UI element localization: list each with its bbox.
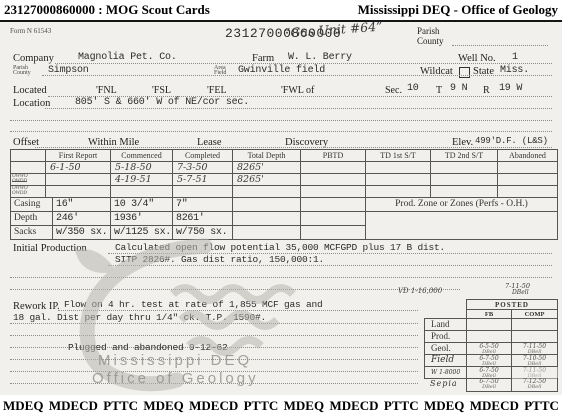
history-row2-total-depth: 8265' [233, 174, 301, 186]
footer-item: MDEQ [143, 398, 183, 414]
township-value: 9 N [450, 83, 467, 94]
ip-rule-2 [108, 265, 552, 266]
footer-item: PTTC [384, 398, 419, 414]
history-row2-first-report [46, 174, 111, 186]
casing-v3: 7" [173, 198, 233, 212]
history-header-completed: Completed [173, 150, 233, 162]
footer-item: PTTC [103, 398, 138, 414]
depth-v3: 8261' [173, 212, 233, 226]
location-value: 805' S & 660' W of NE/cor sec. [75, 97, 249, 108]
history-row1-first-report: 6-1-50 [46, 162, 111, 174]
history-row1-commenced: 5-18-50 [111, 162, 173, 174]
parish-county-label-line2: County [13, 70, 31, 76]
farm-value: W. L. Berry [288, 52, 352, 63]
footer-item: MDECD [329, 398, 378, 414]
well-no-value: 1 [512, 52, 518, 63]
history-row2-pbtd [301, 174, 366, 186]
fwl-label: 'FWL of [281, 85, 314, 96]
casing-table: Casing 16" 10 3/4" 7" Prod. Zone or Zone… [10, 197, 558, 240]
history-header-pbtd: PBTD [301, 150, 366, 162]
form-number: Form N 61543 [10, 27, 51, 35]
history-header-total-depth: Total Depth [233, 150, 301, 162]
history-row1-label [11, 162, 46, 174]
footer-item: MDEQ [424, 398, 464, 414]
depth-v1: 246' [53, 212, 111, 226]
sacks-v2: w/1125 sx. [111, 226, 173, 240]
prod-zone-cell: Prod. Zone or Zones (Perfs - O.H.) [366, 198, 558, 240]
county-word: County [417, 36, 444, 46]
history-row1-td2 [431, 162, 498, 174]
sacks-empty2 [301, 226, 366, 240]
posted-initials-annotation: DBell [512, 289, 529, 296]
rework-label: Rework IP. [13, 301, 60, 312]
history-row1-td1 [366, 162, 431, 174]
scout-card-scan: Form N 61543 23127000860000 “Gas Unit #6… [0, 22, 562, 396]
company-row-rule [55, 63, 552, 64]
blank-rule-1 [10, 120, 552, 121]
history-row2-completed: 5-7-51 [173, 174, 233, 186]
history-row2-td1 [366, 174, 431, 186]
posted-sepia-comp-init: DBell [512, 385, 557, 390]
history-header-blank [11, 150, 46, 162]
sec-label: Sec. [385, 85, 402, 96]
history-row2-abandoned [498, 174, 558, 186]
page-footer: MDEQ MDECD PTTC MDEQ MDECD PTTC MDEQ MDE… [0, 395, 562, 416]
history-row1-total-depth: 8265' [233, 162, 301, 174]
posted-row-sepia-label: Sepia [424, 378, 467, 392]
casing-label: Casing [11, 198, 53, 212]
rework-rule-7 [10, 383, 418, 384]
watermark-line1: Mississippi DEQ [98, 352, 252, 369]
casing-empty1 [233, 198, 301, 212]
history-row1-abandoned [498, 162, 558, 174]
well-history-table: First Report Commenced Completed Total D… [10, 149, 558, 198]
fel-label: 'FEL [207, 85, 227, 96]
sec-value: 10 [407, 83, 419, 94]
footer-item: MDECD [49, 398, 98, 414]
agency-title: Mississippi DEQ - Office of Geology [358, 2, 558, 18]
parish-row-rule [42, 75, 552, 76]
posted-row-sepia-fb: 6-7-50DBell [466, 378, 512, 392]
history-row2-td2 [431, 174, 498, 186]
history-row2-commenced: 4-19-51 [111, 174, 173, 186]
blank-rule-2 [10, 131, 552, 132]
ip-rule-3 [10, 277, 552, 278]
footer-item: PTTC [244, 398, 279, 414]
prod-zone-label: Prod. Zone or Zones (Perfs - O.H.) [366, 198, 557, 212]
depth-empty2 [301, 212, 366, 226]
history-row2-label: OWWO OWDD [11, 174, 46, 186]
watermark-line2: Office of Geology [92, 370, 259, 387]
depth-label: Depth [11, 212, 53, 226]
township-label: T [436, 85, 442, 96]
footer-item: PTTC [524, 398, 559, 414]
initial-production-line2: SITP 2826#. Gas dist ratio, 150,000:1. [115, 254, 324, 265]
posted-table: POSTED FB COMP Land Prod. Geol. 6-5-50DB… [424, 299, 558, 393]
history-row2-label-line2: OWDD [12, 179, 27, 184]
scout-card-page: 23127000860000 : MOG Scout Cards Mississ… [0, 0, 562, 416]
parish-word: Parish [417, 26, 440, 36]
posted-row-sepia-comp: 7-12-50DBell [511, 378, 558, 392]
rework-rule-3 [10, 335, 418, 336]
range-label: R [483, 85, 490, 96]
ip-rule-4 [10, 289, 460, 290]
rework-rule-5 [10, 359, 418, 360]
posted-sepia-fb-init: DBell [467, 385, 511, 390]
initial-production-label: Initial Production [13, 243, 87, 254]
location-row-rule [45, 108, 552, 109]
company-value: Magnolia Pet. Co. [78, 52, 177, 63]
fnl-label: 'FNL [96, 85, 117, 96]
footer-item: MDEQ [284, 398, 324, 414]
history-header-first-report: First Report [46, 150, 111, 162]
rework-rule-2 [10, 323, 418, 324]
rework-line1: Flow on 4 hr. test at rate of 1,855 MCF … [64, 299, 323, 310]
rework-rule-1 [58, 310, 418, 311]
sacks-v1: w/350 sx. [53, 226, 111, 240]
depth-empty1 [233, 212, 301, 226]
sacks-empty1 [233, 226, 301, 240]
located-label: Located [13, 85, 47, 96]
sacks-v3: w/750 sx. [173, 226, 233, 240]
rework-rule-6 [10, 371, 418, 372]
range-value: 19 W [499, 83, 522, 94]
initial-production-line1: Calculated open flow potential 35,000 MC… [115, 242, 445, 253]
footer-item: MDECD [470, 398, 519, 414]
plugged-abandoned-line: Plugged and abandoned 9-12-62 [68, 342, 228, 353]
casing-empty2 [301, 198, 366, 212]
depth-v2: 1936' [111, 212, 173, 226]
casing-v1: 16" [53, 198, 111, 212]
history-row3-label-line2: OWDD [12, 191, 27, 196]
elev-value: 499'D.F. (L&S) [475, 136, 548, 146]
history-header-td2nd: TD 2nd S/T [431, 150, 498, 162]
page-header: 23127000860000 : MOG Scout Cards Mississ… [0, 0, 562, 20]
history-header-abandoned: Abandoned [498, 150, 558, 162]
rework-line2: 18 gal. Dist per day thru 1/4" ck. T.P. … [13, 312, 266, 323]
fsl-label: 'FSL [152, 85, 171, 96]
history-row1-pbtd [301, 162, 366, 174]
casing-v2: 10 3/4" [111, 198, 173, 212]
footer-item: MDEQ [3, 398, 43, 414]
offset-row-rule [35, 147, 552, 148]
footer-item: MDECD [189, 398, 238, 414]
page-title: 23127000860000 : MOG Scout Cards [4, 2, 210, 18]
history-header-commenced: Commenced [111, 150, 173, 162]
history-header-td1st: TD 1st S/T [366, 150, 431, 162]
company-label: Company [13, 53, 54, 64]
vd-annotation: VD 1-16,000 [398, 287, 442, 295]
wildcat-checkbox [459, 67, 470, 78]
sacks-label: Sacks [11, 226, 53, 240]
history-row1-completed: 7-3-50 [173, 162, 233, 174]
county-blank-line [452, 45, 548, 46]
parish-county-label: Parish County [13, 66, 31, 76]
